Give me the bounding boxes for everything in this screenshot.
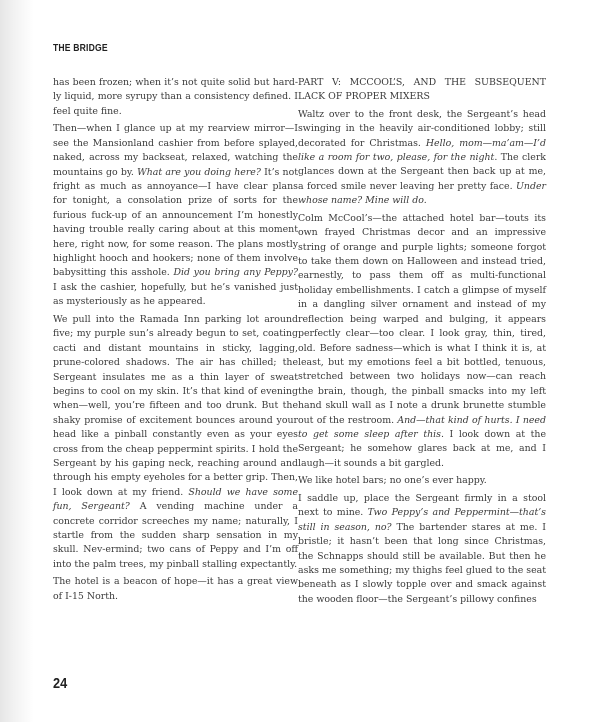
text-run: We pull into the Ramada Inn parking lot …: [53, 314, 298, 498]
paragraph: Waltz over to the front desk, the Sergea…: [298, 108, 546, 209]
paragraph: I saddle up, place the Sergeant firmly i…: [298, 492, 546, 607]
italic-run: Did you bring any Peppy?: [173, 267, 298, 278]
paragraph: has been frozen; when it’s not quite sol…: [53, 76, 298, 119]
right-text-column: PART V: MCCOOL’S, AND THE SUBSEQUENT LAC…: [298, 76, 546, 610]
left-text-column: has been frozen; when it’s not quite sol…: [53, 76, 298, 607]
paragraph: Then—when I glance up at my rearview mir…: [53, 122, 298, 309]
paragraph: The hotel is a beacon of hope—it has a g…: [53, 575, 298, 604]
text-run: The hotel is a beacon of hope—it has a g…: [53, 576, 298, 601]
paragraph: We like hotel bars; no one’s ever happy.: [298, 474, 546, 488]
text-run: The bartender stares at me. I bristle; i…: [298, 522, 546, 605]
text-run: Colm McCool’s—the attached hotel bar—tou…: [298, 213, 546, 426]
page-gutter-shadow: [0, 0, 34, 722]
running-head: THE BRIDGE: [53, 42, 108, 54]
paragraph: Colm McCool’s—the attached hotel bar—tou…: [298, 212, 546, 471]
section-heading: PART V: MCCOOL’S, AND THE SUBSEQUENT LAC…: [298, 76, 546, 105]
text-run: has been frozen; when it’s not quite sol…: [53, 77, 298, 117]
text-run: It’s not fright as much as annoyance—I h…: [53, 167, 298, 279]
page-number: 24: [53, 675, 67, 692]
text-run: We like hotel bars; no one’s ever happy.: [298, 475, 487, 486]
italic-run: What are you doing here?: [137, 167, 261, 178]
paragraph: We pull into the Ramada Inn parking lot …: [53, 313, 298, 572]
text-run: I ask the cashier, hopefully, but he’s v…: [53, 282, 298, 307]
